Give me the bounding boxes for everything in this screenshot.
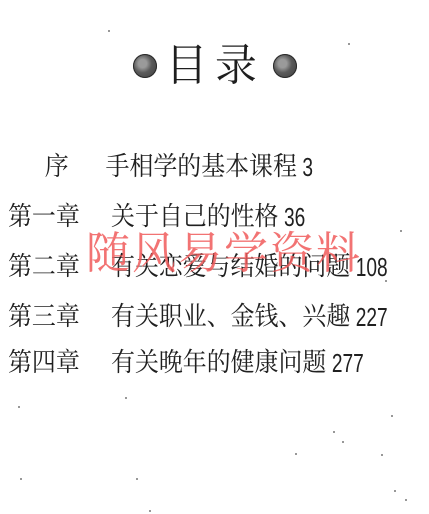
scan-speck (18, 406, 20, 408)
toc-entry-text: 有关晚年的健康问题 (111, 350, 326, 376)
toc-entry-text: 手相学的基本课程 (106, 154, 297, 180)
dotted-circle-ornament-left-icon (133, 54, 157, 78)
toc-title: 目录 (0, 44, 429, 88)
scan-speck (136, 478, 138, 480)
scan-speck (125, 397, 127, 399)
page-title: 目录 (165, 44, 264, 88)
dotted-circle-ornament-right-icon (273, 54, 297, 78)
toc-entry-text: 关于自己的性格 (111, 204, 278, 230)
toc-entry-page: 3 (302, 154, 313, 180)
toc-entry-page: 227 (356, 304, 388, 330)
scan-speck (149, 510, 151, 512)
toc-entry-label: 第三章 (8, 304, 111, 330)
toc-entry-page: 277 (332, 350, 364, 376)
scan-speck (385, 280, 387, 282)
toc-entry-label: 序 (8, 154, 106, 180)
watermark-overlay: 随风易学资料 (86, 232, 362, 276)
scan-speck (391, 415, 393, 417)
scan-speck (348, 43, 350, 45)
toc-entry-page: 36 (284, 204, 305, 230)
toc-entry-chapter-3: 第三章 有关职业、金钱、兴趣 227 (8, 300, 396, 334)
scan-speck (108, 30, 110, 32)
scan-speck (342, 441, 344, 443)
scan-speck (333, 431, 335, 433)
toc-entry-text: 有关职业、金钱、兴趣 (111, 304, 350, 330)
toc-entry-preface: 序 手相学的基本课程 3 (8, 150, 316, 184)
scan-speck (400, 230, 402, 232)
document-page: 目录 序 手相学的基本课程 3 第一章 关于自己的性格 36 第二章 有关恋爱与… (0, 0, 429, 514)
scan-speck (381, 454, 383, 456)
toc-entry-chapter-4: 第四章 有关晚年的健康问题 277 (8, 346, 372, 380)
scan-speck (405, 499, 407, 501)
scan-speck (20, 478, 22, 480)
scan-speck (295, 453, 297, 455)
toc-entry-label: 第一章 (8, 204, 111, 230)
toc-entry-label: 第四章 (8, 350, 111, 376)
scan-speck (394, 490, 396, 492)
